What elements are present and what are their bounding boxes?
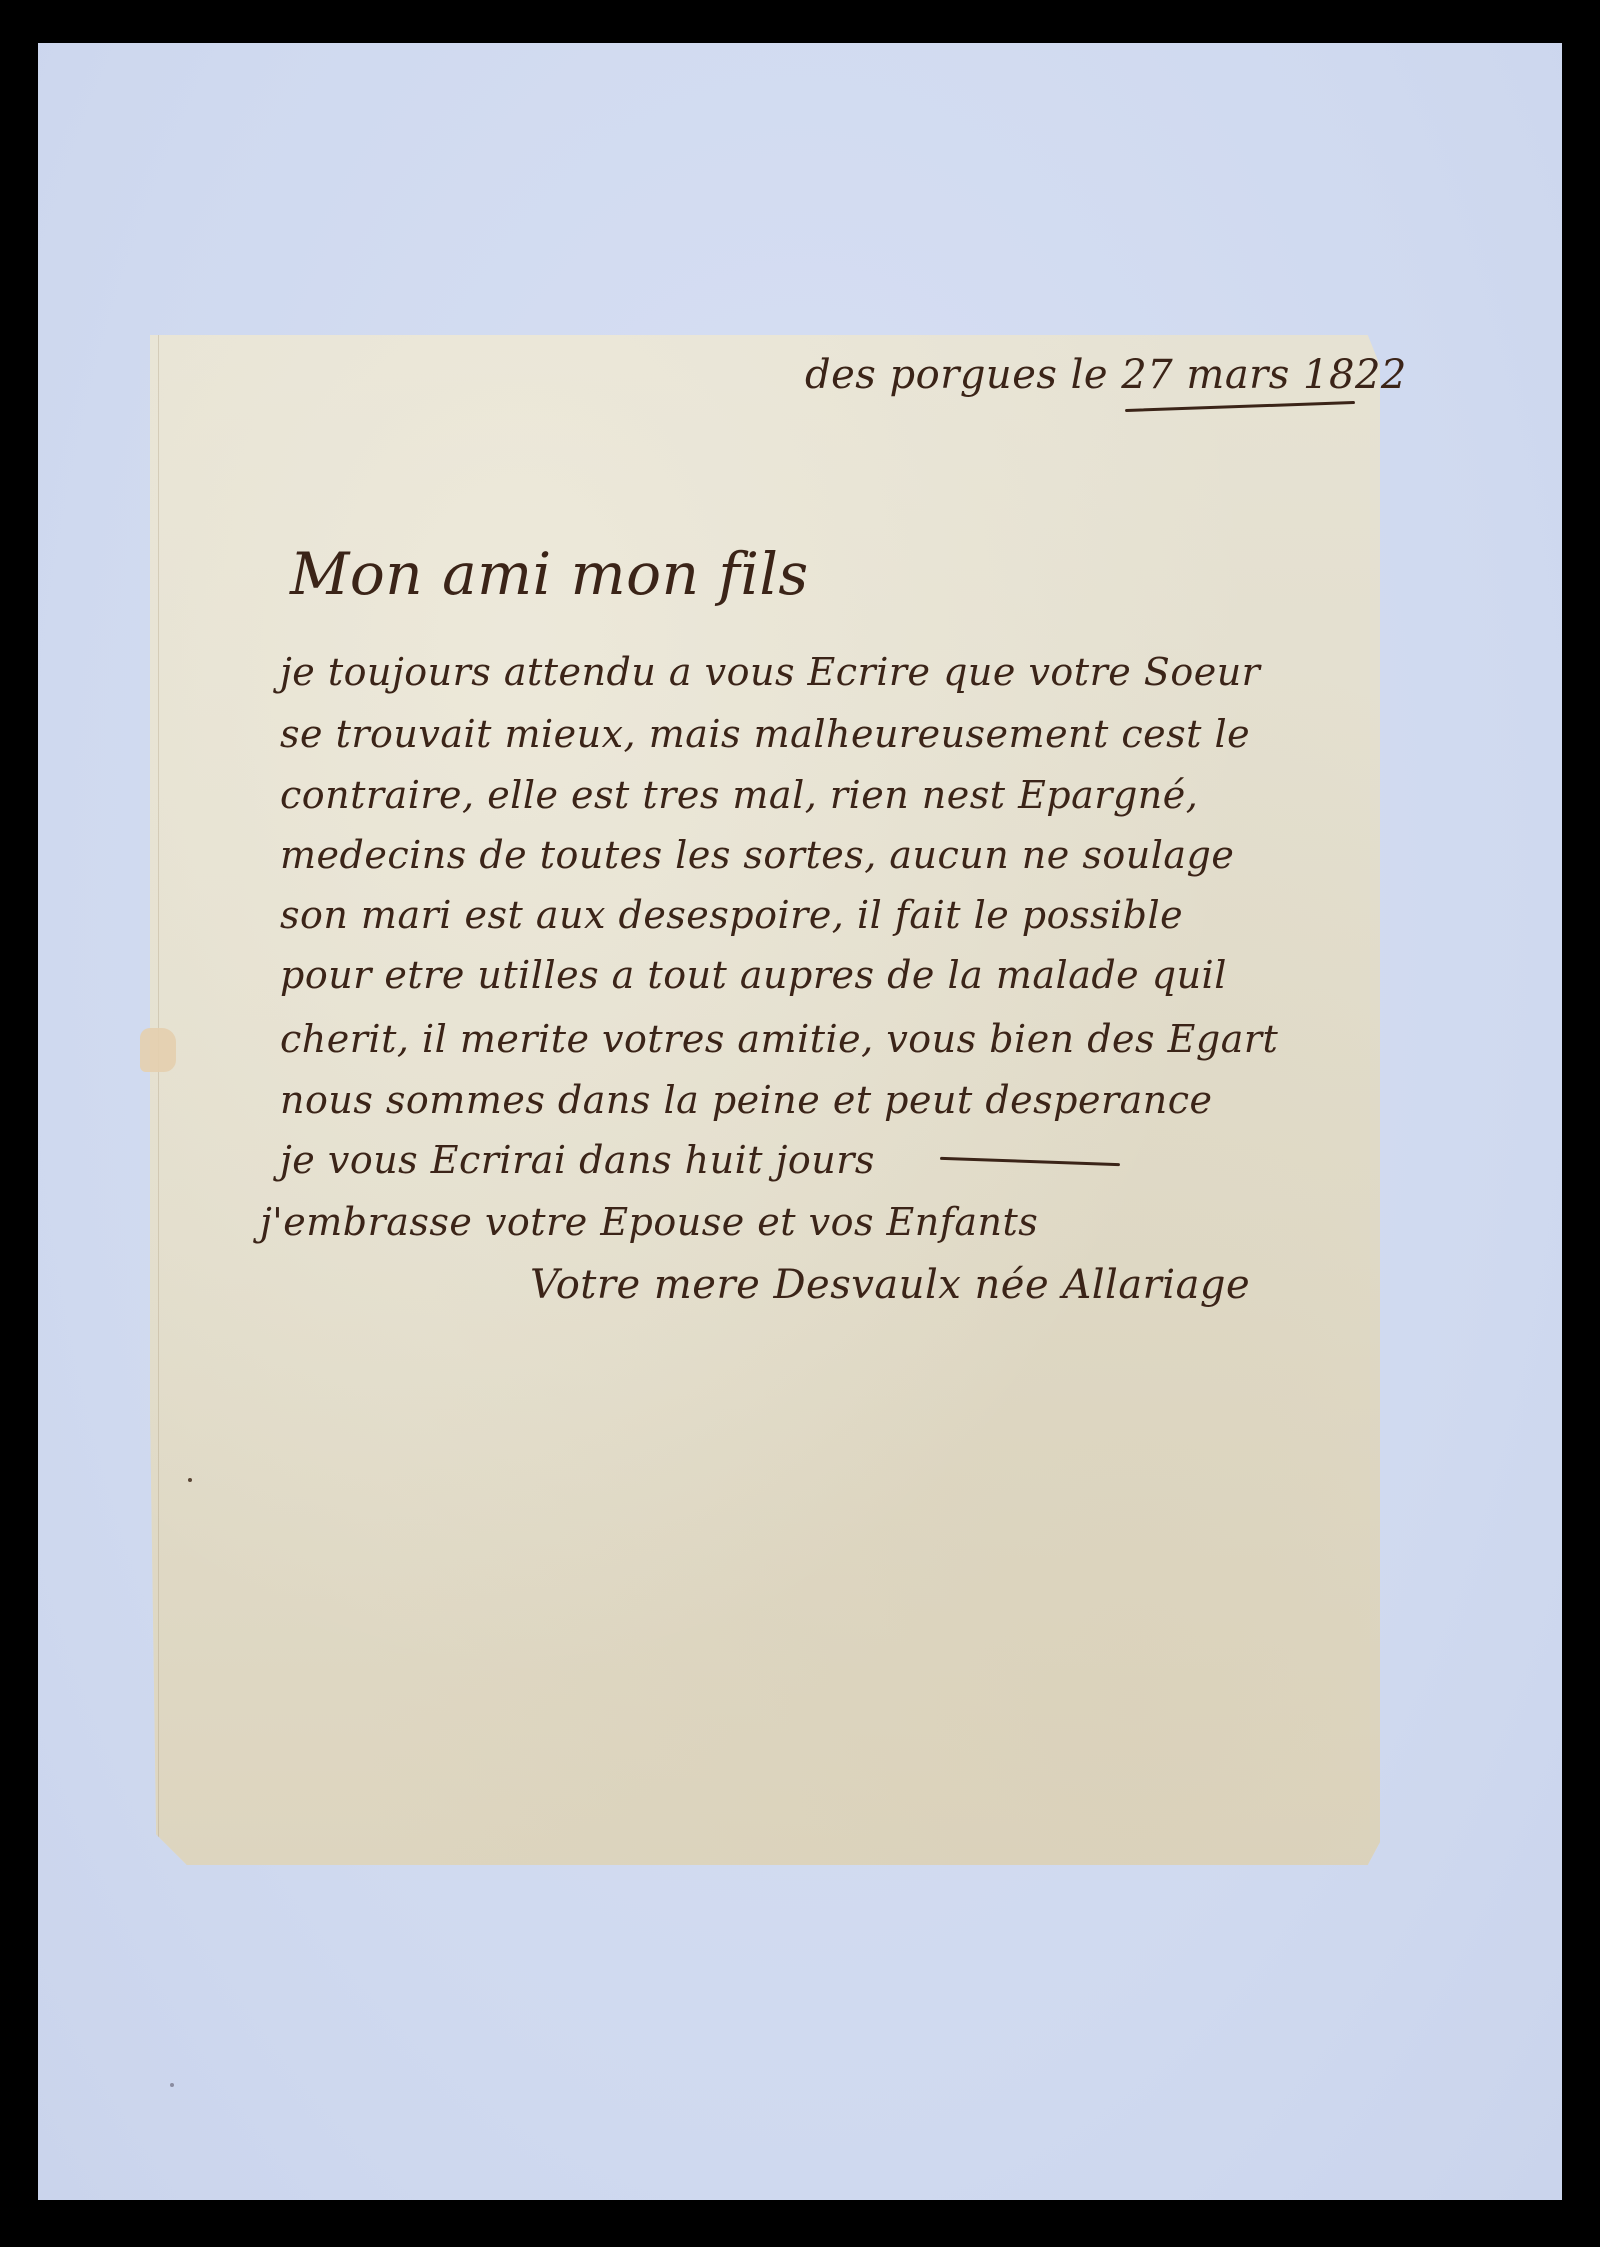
letter-body-line: pour etre utilles a tout aupres de la ma… [280, 953, 1227, 997]
paper-tab-scrap [140, 1028, 176, 1072]
letter-body-line: cherit, il merite votres amitie, vous bi… [280, 1017, 1278, 1061]
letter-body-line: je vous Ecrirai dans huit jours [280, 1138, 875, 1182]
letter-dateline: des porgues le 27 mars 1822 [805, 352, 1407, 398]
letter-body-line: son mari est aux desespoire, il fait le … [280, 893, 1183, 937]
letter-closing: j'embrasse votre Epouse et vos Enfants [260, 1200, 1038, 1244]
ink-speck [188, 1478, 192, 1482]
letter-salutation: Mon ami mon fils [290, 540, 809, 608]
letter-body-line: se trouvait mieux, mais malheureusement … [280, 712, 1250, 756]
letter-body-line: je toujours attendu a vous Ecrire que vo… [280, 650, 1260, 694]
letter-body-line: nous sommes dans la peine et peut desper… [280, 1078, 1213, 1122]
mount-speck [170, 2083, 174, 2087]
letter-body-line: contraire, elle est tres mal, rien nest … [280, 773, 1198, 817]
paper-fold-line [158, 335, 159, 1865]
letter-signature: Votre mere Desvaulx née Allariage [530, 1262, 1250, 1308]
letter-body-line: medecins de toutes les sortes, aucun ne … [280, 833, 1234, 877]
